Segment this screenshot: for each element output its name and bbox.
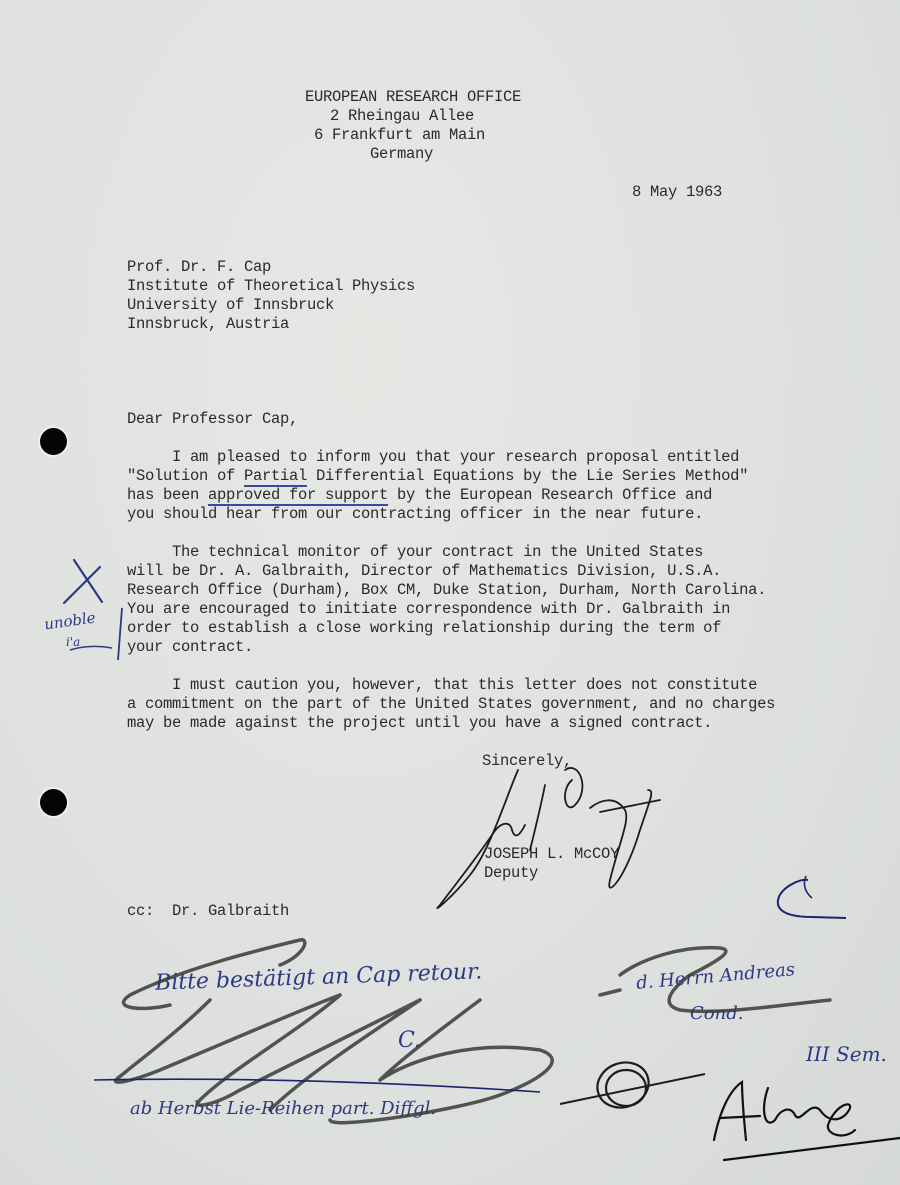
circled-mark [591,1055,655,1114]
handwritten-c-mark [778,880,846,918]
handwritten-initial-c: C. [398,1028,421,1053]
handwritten-note-3: d. Herrn Andreas [635,959,795,994]
underlined-partial: Partial [244,467,307,487]
salutation: Dear Professor Cap, [127,410,298,430]
margin-bracket-line [118,608,122,660]
letterhead-street: 2 Rheingau Allee [330,107,474,127]
handwritten-note-5: III Sem. [806,1042,887,1066]
paragraph-2-line: order to establish a close working relat… [127,619,721,639]
paragraph-1-line: you should hear from our contracting off… [127,505,703,525]
signer-name: JOSEPH L. McCOY [484,845,619,865]
signer-title: Deputy [484,864,538,884]
paragraph-2-line: will be Dr. A. Galbraith, Director of Ma… [127,562,721,582]
underlined-approved: approved for support [208,486,388,506]
handwritten-note-2: ab Herbst Lie-Reihen part. Diffgl. [130,1098,436,1119]
paragraph-2-line: your contract. [127,638,253,658]
margin-note-1: unoble [43,608,97,633]
handwritten-note-1: Bitte bestätigt an Cap retour. [155,959,483,995]
paragraph-2-line: The technical monitor of your contract i… [127,543,703,563]
paragraph-3-line: a commitment on the part of the United S… [127,695,775,715]
paragraph-3-line: may be made against the project until yo… [127,714,712,734]
recipient-university: University of Innsbruck [127,296,334,316]
margin-x-mark [64,560,102,603]
punch-hole-bottom [40,789,67,816]
text: "Solution of [127,467,244,485]
recipient-institute: Institute of Theoretical Physics [127,277,415,297]
text: has been [127,486,208,504]
signature-mccoy [437,768,660,908]
letterhead-org: EUROPEAN RESEARCH OFFICE [305,88,521,108]
letterhead-country: Germany [370,145,433,165]
letter-date: 8 May 1963 [632,183,722,203]
strike-line-bottom [94,1079,540,1092]
text: Differential Equations by the Lie Series… [307,467,748,485]
recipient-location: Innsbruck, Austria [127,315,289,335]
paragraph-2-line: You are encouraged to initiate correspon… [127,600,730,620]
text: by the European Research Office and [388,486,712,504]
paragraph-2-line: Research Office (Durham), Box CM, Duke S… [127,581,766,601]
paragraph-1-line: has been approved for support by the Eur… [127,486,712,506]
paragraph-1-line: I am pleased to inform you that your res… [127,448,739,468]
punch-hole-top [40,428,67,455]
cc-line: cc: Dr. Galbraith [127,902,289,922]
paragraph-3-line: I must caution you, however, that this l… [127,676,757,696]
recipient-name: Prof. Dr. F. Cap [127,258,271,278]
margin-note-2: i'a [66,635,80,649]
signature-bottom-right [714,1082,900,1160]
closing: Sincerely, [482,752,572,772]
handwritten-note-4: Cond. [690,1003,743,1024]
letterhead-city: 6 Frankfurt am Main [314,126,485,146]
paragraph-1-line: "Solution of Partial Differential Equati… [127,467,748,487]
strike-line-right [560,1074,705,1104]
